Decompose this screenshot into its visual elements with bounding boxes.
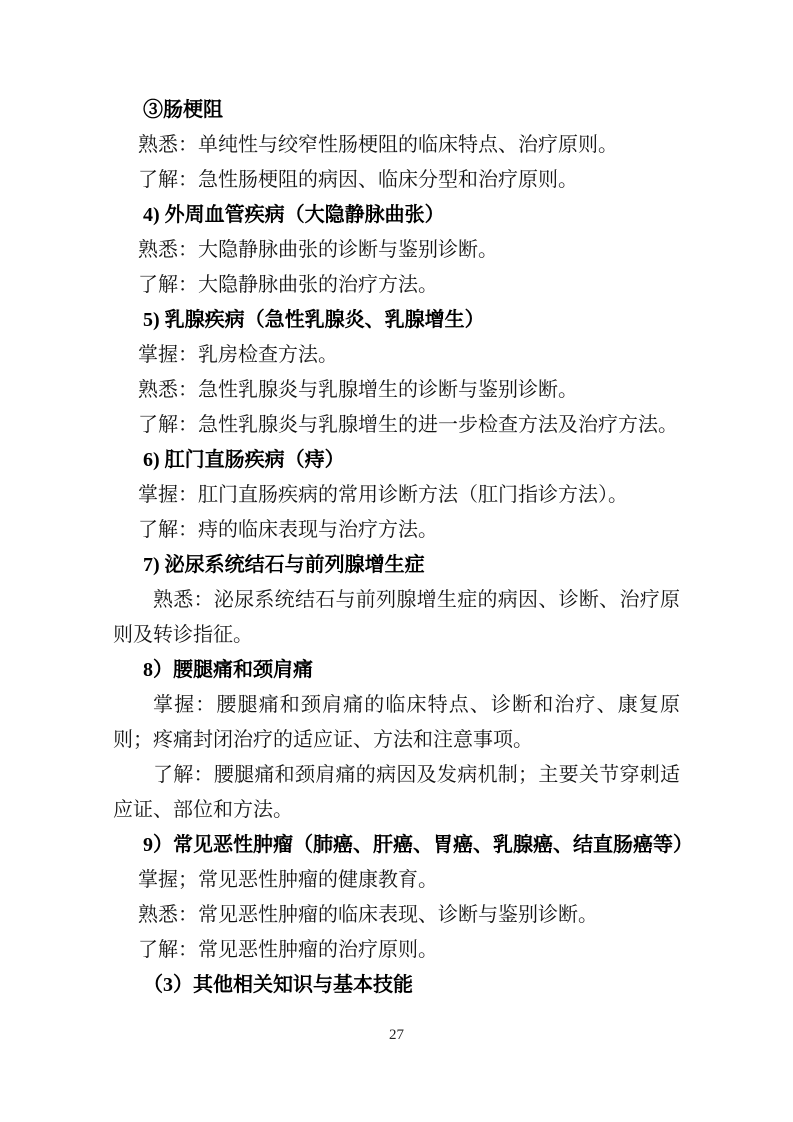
requirement-line: 了解：急性乳腺炎与乳腺增生的进一步检查方法及治疗方法。 <box>113 408 680 443</box>
section-heading-lumbago-neck-shoulder-pain: 8）腰腿痛和颈肩痛 <box>113 653 680 688</box>
requirement-paragraph: 了解：腰腿痛和颈肩痛的病因及发病机制；主要关节穿刺适应证、部位和方法。 <box>113 758 680 828</box>
section-heading-common-malignant-tumors: 9）常见恶性肿瘤（肺癌、肝癌、胃癌、乳腺癌、结直肠癌等） <box>113 828 680 863</box>
requirement-line: 熟悉：急性乳腺炎与乳腺增生的诊断与鉴别诊断。 <box>113 373 680 408</box>
requirement-paragraph: 熟悉：泌尿系统结石与前列腺增生症的病因、诊断、治疗原则及转诊指征。 <box>113 583 680 653</box>
requirement-paragraph: 掌握：腰腿痛和颈肩痛的临床特点、诊断和治疗、康复原则；疼痛封闭治疗的适应证、方法… <box>113 688 680 758</box>
requirement-line: 了解：痔的临床表现与治疗方法。 <box>113 513 680 548</box>
section-heading-other-knowledge-skills: （3）其他相关知识与基本技能 <box>113 968 680 1003</box>
requirement-line: 了解：常见恶性肿瘤的治疗原则。 <box>113 933 680 968</box>
section-heading-peripheral-vascular: 4) 外周血管疾病（大隐静脉曲张） <box>113 198 680 233</box>
requirement-line: 了解：大隐静脉曲张的治疗方法。 <box>113 268 680 303</box>
requirement-line: 掌握：乳房检查方法。 <box>113 338 680 373</box>
requirement-line: 熟悉：常见恶性肿瘤的临床表现、诊断与鉴别诊断。 <box>113 898 680 933</box>
requirement-line: 掌握：肛门直肠疾病的常用诊断方法（肛门指诊方法）。 <box>113 478 680 513</box>
requirement-line: 了解：急性肠梗阻的病因、临床分型和治疗原则。 <box>113 163 680 198</box>
section-heading-intestinal-obstruction: ③肠梗阻 <box>113 93 680 128</box>
section-heading-breast-disease: 5) 乳腺疾病（急性乳腺炎、乳腺增生） <box>113 303 680 338</box>
requirement-line: 熟悉：单纯性与绞窄性肠梗阻的临床特点、治疗原则。 <box>113 128 680 163</box>
requirement-line: 掌握；常见恶性肿瘤的健康教育。 <box>113 863 680 898</box>
document-page: ③肠梗阻 熟悉：单纯性与绞窄性肠梗阻的临床特点、治疗原则。 了解：急性肠梗阻的病… <box>0 0 793 1122</box>
requirement-line: 熟悉：大隐静脉曲张的诊断与鉴别诊断。 <box>113 233 680 268</box>
document-content: ③肠梗阻 熟悉：单纯性与绞窄性肠梗阻的临床特点、治疗原则。 了解：急性肠梗阻的病… <box>113 93 680 1003</box>
section-heading-anorectal-disease: 6) 肛门直肠疾病（痔） <box>113 443 680 478</box>
page-number: 27 <box>0 1024 793 1046</box>
section-heading-urinary-stones-prostate: 7) 泌尿系统结石与前列腺增生症 <box>113 548 680 583</box>
